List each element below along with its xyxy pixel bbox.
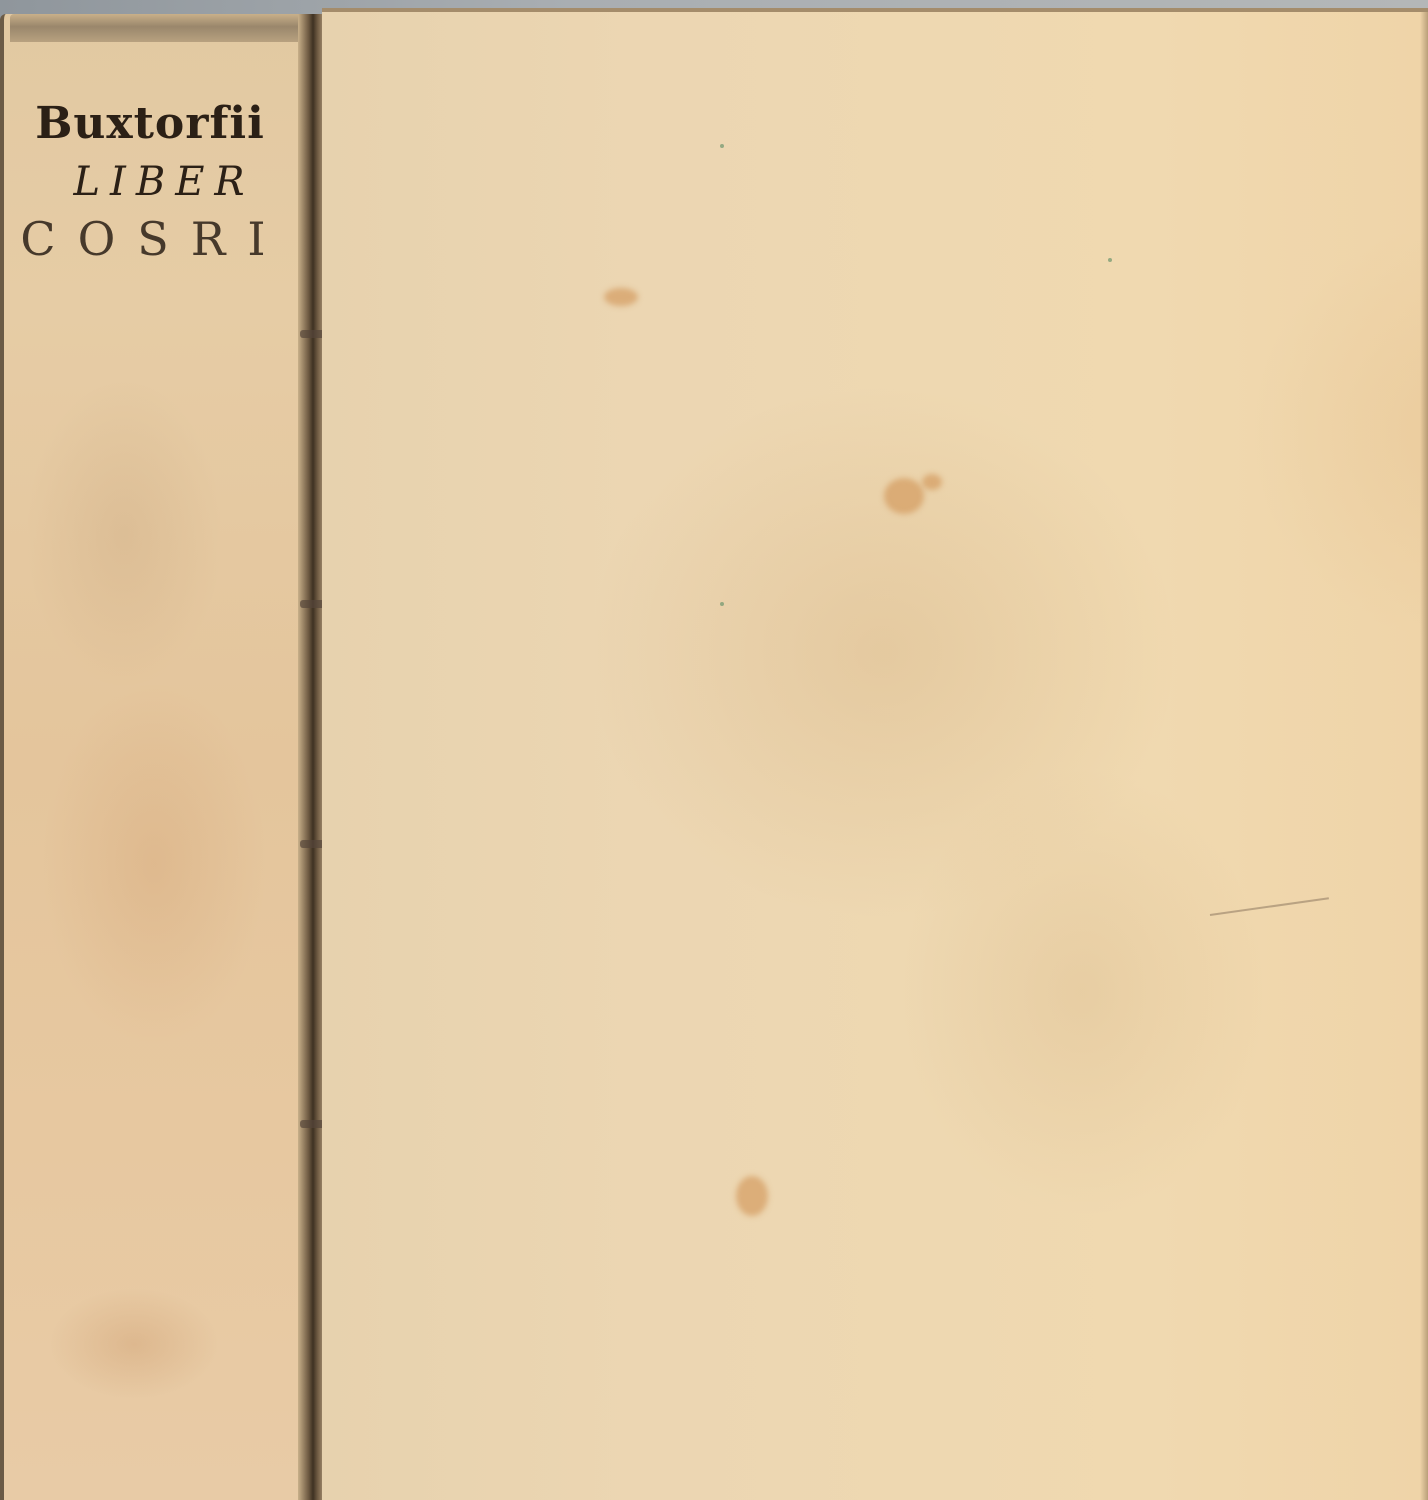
front-cover	[322, 8, 1428, 1500]
spine-title-author: Buxtorfii	[0, 102, 304, 146]
stain	[736, 1176, 768, 1216]
cover-edge	[1420, 12, 1428, 1500]
spine-title-cosri: COSRI	[4, 216, 304, 262]
stain	[884, 478, 924, 514]
stain	[922, 474, 942, 490]
speck	[1108, 258, 1112, 262]
spine-title: Buxtorfii LIBER COSRI	[4, 102, 304, 262]
stain	[604, 288, 638, 306]
speck	[720, 144, 724, 148]
spine-title-liber: LIBER	[24, 162, 304, 202]
speck	[720, 602, 724, 606]
book-spine: Buxtorfii LIBER COSRI	[0, 14, 312, 1500]
spine-headcap	[10, 14, 310, 42]
